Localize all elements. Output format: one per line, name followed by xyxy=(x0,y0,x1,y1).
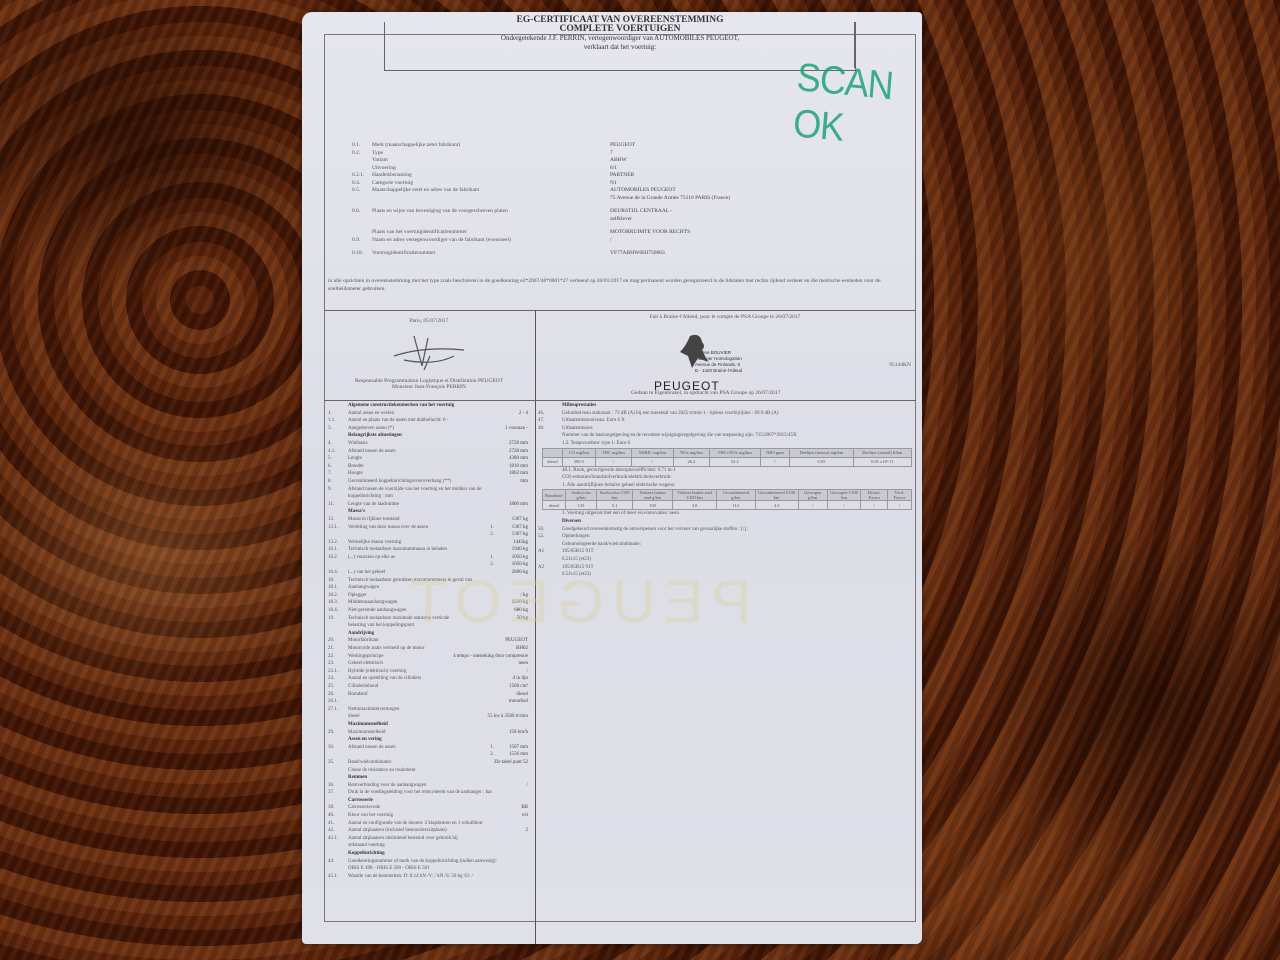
field-label: Milieuprestaties xyxy=(562,402,596,410)
field-label: Uitlaatemissies xyxy=(562,425,593,433)
technical-row: Remmen xyxy=(324,774,534,782)
field-label: Gehomologeerde band/wielcombinatie: xyxy=(562,541,641,549)
technical-row: 5.Lengte4380 mm xyxy=(324,455,534,463)
field-number: 20. xyxy=(328,637,334,645)
field-label: Plaats en wijze van bevestiging van de v… xyxy=(372,208,508,216)
field-label: Motorcode zoals vermeld op de motor xyxy=(348,645,425,653)
field-value: / xyxy=(527,782,528,790)
axle-index: 1. xyxy=(490,554,494,562)
table-cell: 380.5 xyxy=(563,457,596,466)
signature-icon xyxy=(384,326,474,376)
axle-index: 2. xyxy=(490,751,494,759)
field-number: 27.1. xyxy=(328,706,338,714)
field-label: Maximumsnelheid xyxy=(348,721,388,729)
peugeot-brand: PEUGEOT xyxy=(654,379,720,393)
field-label: Lengte xyxy=(348,455,362,463)
environment-row: Gehomologeerde band/wielcombinatie: xyxy=(538,541,916,549)
environment-row: 1. Alle aandrijflijnen behalve geheel el… xyxy=(538,482,916,490)
technical-row: 42.1.Aantal zitplaatsen uitsluitend best… xyxy=(324,835,534,843)
field-number: 50. xyxy=(538,526,544,534)
field-label: Voertuigidentificatienummer xyxy=(372,250,435,258)
field-value: DEURSTIJL CENTRAAL - xyxy=(610,208,672,216)
technical-row: stilstaand voertuig xyxy=(324,842,534,850)
field-value: 2 xyxy=(526,827,529,835)
field-number: 0.1. xyxy=(352,142,360,150)
technical-row: Classe de résistance au roulement xyxy=(324,767,534,775)
field-label: Afstand tussen de voorzijde van het voer… xyxy=(348,486,481,494)
field-label: Aangedreven assen (*) xyxy=(348,425,394,433)
field-label: Hoogte xyxy=(348,470,363,478)
field-number: 13. xyxy=(328,516,334,524)
field-label: Aandrijving xyxy=(348,630,374,638)
field-label: Technisch toelaatbare maximummassa in be… xyxy=(348,546,447,554)
field-label: Waarde van de kenmerken: D: 8.14 kN /V: … xyxy=(348,873,473,881)
field-label: Opmerkingen xyxy=(562,533,590,541)
certificate-title-box: EG-CERTIFICAAT VAN OVEREENSTEMMING COMPL… xyxy=(384,22,856,71)
field-label: Aanhangwagen xyxy=(348,584,379,592)
field-value: wit xyxy=(522,812,528,820)
field-label: Diversen xyxy=(562,518,581,526)
field-value: 4 temps - ontsteking door compressie xyxy=(453,653,528,661)
field-label: Verdeling van deze massa over de assen xyxy=(348,524,428,532)
field-number: 13.1. xyxy=(328,524,338,532)
field-number: 44. xyxy=(328,858,334,866)
identification-row: 75 Avenue de la Grande Armée 75116 PARIS… xyxy=(328,195,888,203)
field-value: 4 in lijn xyxy=(512,675,528,683)
field-number: 9. xyxy=(328,486,332,494)
technical-row: 40.Kleur van het voertuigwit xyxy=(324,812,534,820)
field-value: Zie tabel punt 52 xyxy=(494,759,528,767)
environment-row: A1195/65R15 91T xyxy=(538,548,916,556)
field-label: Massa's xyxy=(348,508,365,516)
technical-row: 8.Gecombineerd koppelinrichtingsvoorover… xyxy=(324,478,534,486)
table-cell: / xyxy=(595,457,631,466)
field-label: 48.1. Rook, gecorrigeerde absorptiecoëff… xyxy=(562,467,676,475)
table-cell: 0.01 x10^11 xyxy=(853,457,911,466)
table-header-cell: Stadcyclus g/km xyxy=(565,490,596,501)
technical-row: 13.Massa in rijklare toestand1367 kg xyxy=(324,516,534,524)
technical-row: Massa's xyxy=(324,508,534,516)
technical-row: 16.1.Technisch toelaatbare maximummassa … xyxy=(324,546,534,554)
identification-row: Plaats van het voertuigidentificatienumm… xyxy=(328,229,888,237)
table-cell: diesel xyxy=(543,501,566,510)
field-label: Belangrijkste afmetingen xyxy=(348,432,402,440)
signer-name: Monsieur Jean-François PERRIN xyxy=(324,384,534,390)
field-value: N1 xyxy=(610,180,617,188)
table-header-cell: Deviat. Factor xyxy=(861,490,888,501)
table-cell: diesel xyxy=(543,457,563,466)
field-label: Lengte van de laadruimte xyxy=(348,501,399,509)
environment-row: Nummer van de basisregelgeving en de rec… xyxy=(538,432,916,440)
field-value: 2 - 4 xyxy=(519,410,528,418)
field-value: 55 kw à 3500 tr/min xyxy=(487,713,528,721)
table-cell: 112 xyxy=(717,501,755,510)
field-label: Middenasaanhangwagen xyxy=(348,599,397,607)
field-label: 1.2. Testprocedure: type 1: Euro 6 xyxy=(562,440,630,448)
environment-row: 50.Goedgekeurd overeenkomstig de ontwerp… xyxy=(538,526,916,534)
field-value: 1556 mm xyxy=(509,751,528,759)
field-label: Naam en adres vertegenwoordiger van de f… xyxy=(372,237,511,245)
field-number: 3. xyxy=(328,425,332,433)
field-number: 16.4. xyxy=(328,569,338,577)
field-value: 1367 kg xyxy=(512,524,528,532)
field-value: BH02 xyxy=(516,645,528,653)
field-label: Goedgekeurd overeenkomstig de ontwerpeis… xyxy=(562,526,749,534)
field-number: 0.5. xyxy=(352,187,360,195)
signature-block-left: Paris, 05/07/2017 Responsable Programmat… xyxy=(324,312,534,400)
table-cell: 0.05 xyxy=(790,457,853,466)
environment-row: 1.2. Testprocedure: type 1: Euro 6 xyxy=(538,440,916,448)
field-label: Afstand tussen de assen xyxy=(348,744,396,752)
technical-row: Belangrijkste afmetingen xyxy=(324,432,534,440)
field-number: 21. xyxy=(328,645,334,653)
table-header-cell: NMHC mg/km xyxy=(631,448,673,457)
field-value: 1367 kg xyxy=(512,516,528,524)
table-header-cell: Deeltjes (aantal) #/km xyxy=(853,448,911,457)
field-number: 23.1. xyxy=(328,668,338,676)
identification-row: 0.6.Plaats en wijze van bevestiging van … xyxy=(328,208,888,216)
title-line-2: COMPLETE VOERTUIGEN xyxy=(385,25,855,34)
technical-row: 6.Breedte1810 mm xyxy=(324,463,534,471)
field-number: 45.1. xyxy=(328,873,338,881)
reference-number: 95144KN xyxy=(889,362,911,368)
field-number: 6. xyxy=(328,463,332,471)
field-number: 29. xyxy=(328,729,334,737)
field-value: / xyxy=(527,668,528,676)
identification-section: 0.1.Merk (maatschappelijke zetel fabrika… xyxy=(328,142,888,258)
environment-row: CO2-emissies/brandstofverbruik/elektrici… xyxy=(538,474,916,482)
identification-row: 0.5.Maatschappelijke zetel en adres van … xyxy=(328,187,888,195)
technical-row: 26.Brandstofdiesel xyxy=(324,691,534,699)
axle-index: 1. xyxy=(490,744,494,752)
field-value: 1367 kg xyxy=(512,531,528,539)
field-label: Brandstof xyxy=(348,691,368,699)
technical-row: 41.Aantal en configuratie van de deuren:… xyxy=(324,820,534,828)
field-label: koppelinrichting : mm xyxy=(348,493,393,501)
environment-row: 47.Uitlaatemissieniveau: Euro 6 X xyxy=(538,417,916,425)
technical-row: 13.2.Werkelijke massa voertuig1445kg xyxy=(324,539,534,547)
field-label: Aantal en configuratie van de deuren: 2 … xyxy=(348,820,483,828)
field-label: Koppelinrichting xyxy=(348,850,385,858)
field-number: 24. xyxy=(328,675,334,683)
coc-document: EG-CERTIFICAAT VAN OVEREENSTEMMING COMPL… xyxy=(302,12,922,944)
field-label: Nummer van de basisregelgeving en de rec… xyxy=(562,432,797,440)
table-cell: / xyxy=(631,457,673,466)
technical-row: 29.Maximumsnelheid158 km/h xyxy=(324,729,534,737)
environment-row: Milieuprestaties xyxy=(538,402,916,410)
field-label: Werkelijke massa voertuig xyxy=(348,539,401,547)
technical-row: 2.1367 kg xyxy=(324,531,534,539)
field-number: A1 xyxy=(538,548,544,556)
environment-row: 3. Voertuig uitgerust met een of meer ec… xyxy=(538,510,916,518)
field-number: 0.2.1. xyxy=(352,172,364,180)
technical-row: Maximumsnelheid xyxy=(324,721,534,729)
field-value: 1862 mm xyxy=(509,470,528,478)
field-label: Massa in rijklare toestand xyxy=(348,516,400,524)
technical-row: 37.Druk in de voedingsleiding voor het r… xyxy=(324,789,534,797)
field-number: 42. xyxy=(328,827,334,835)
place-date: Paris, 05/07/2017 xyxy=(324,318,534,324)
field-value: ABHW xyxy=(610,157,627,165)
field-value: 1800 mm xyxy=(509,501,528,509)
field-number: 11. xyxy=(328,501,334,509)
field-label: Aantal zitplaatsen (inclusief bestuurder… xyxy=(348,827,447,835)
field-value: PARTNER xyxy=(610,172,634,180)
field-number: 46. xyxy=(538,410,544,418)
field-number: 36. xyxy=(328,782,334,790)
technical-row: OBIS E 498 - OBIS E 500 - OBIS E 501 xyxy=(324,865,534,873)
field-label: Merk (maatschappelijke zetel fabrikant) xyxy=(372,142,460,150)
environmental-data: Milieuprestaties46.Geluidsniveau station… xyxy=(538,402,916,579)
field-number: 26. xyxy=(328,691,334,699)
field-label: Plaats van het voertuigidentificatienumm… xyxy=(372,229,467,237)
peugeot-watermark: PEUGEOT xyxy=(402,567,751,636)
field-value: 1560 cm³ xyxy=(509,683,528,691)
field-label: Handelsbenaming xyxy=(372,172,412,180)
technical-row: 22.Werkingsprincipe4 temps - ontsteking … xyxy=(324,653,534,661)
field-number: 40. xyxy=(328,812,334,820)
field-label: Aantal assen en wielen xyxy=(348,410,394,418)
technical-row: diesel55 kw à 3500 tr/min xyxy=(324,713,534,721)
field-number: 37. xyxy=(328,789,334,797)
field-number: 1. xyxy=(328,410,332,418)
field-label: Uitvoering xyxy=(372,165,396,173)
field-number: 30. xyxy=(328,744,334,752)
table-cell: / xyxy=(887,501,911,510)
identification-row: 0.1.Merk (maatschappelijke zetel fabrika… xyxy=(328,142,888,150)
field-label: Wielbasis xyxy=(348,440,368,448)
co2-consumption-table: BrandstofStadcyclus g/kmStadcyclus l/100… xyxy=(542,489,912,510)
field-label: Druk in de voedingsleiding voor het rems… xyxy=(348,789,492,797)
field-number: 5. xyxy=(328,455,332,463)
identification-row: 0.2.1.HandelsbenamingPARTNER xyxy=(328,172,888,180)
field-label: Gecombineerd koppelinrichtingsvooroverha… xyxy=(348,478,451,486)
field-label: OBIS E 498 - OBIS E 500 - OBIS E 501 xyxy=(348,865,430,873)
title-line-3: Ondergetekende J.F. PERRIN, vertegenwoor… xyxy=(385,34,855,43)
field-value: 1940 kg xyxy=(512,546,528,554)
field-number: 0.6. xyxy=(352,208,360,216)
identification-row: Uitvoering6/1 xyxy=(328,165,888,173)
field-label: Type xyxy=(372,150,383,158)
table-cell: / xyxy=(798,501,827,510)
field-label: Maximumsnelheid xyxy=(348,729,386,737)
field-value: PEUGEOT xyxy=(505,637,528,645)
field-value: zelfklever xyxy=(610,216,632,224)
field-label: Categorie voertuig xyxy=(372,180,413,188)
field-value: 1 vooraan - xyxy=(505,425,528,433)
field-label: Carrosserie xyxy=(348,797,373,805)
table-header-cell: Stadcyclus l/100 km xyxy=(597,490,633,501)
field-number: 18.3. xyxy=(328,599,338,607)
field-label: Variant xyxy=(372,157,388,165)
technical-row: 20.MotorfabrikantPEUGEOT xyxy=(324,637,534,645)
technical-row: 13.1.Verdeling van deze massa over de as… xyxy=(324,524,534,532)
table-header-cell: NH3 ppm xyxy=(760,448,790,457)
environment-row: 6.5Jx15 (et23) xyxy=(538,556,916,564)
field-value: 1507 mm xyxy=(509,744,528,752)
table-cell: 100 xyxy=(633,501,673,510)
field-number: 0.2. xyxy=(352,150,360,158)
conformity-statement: in alle opzichten in overeenstemming met… xyxy=(328,277,888,293)
field-label: Carrosseriecode xyxy=(348,804,380,812)
technical-row: 42.Aantal zitplaatsen (inclusief bestuur… xyxy=(324,827,534,835)
field-value: BB xyxy=(521,804,528,812)
field-number: 16.2. xyxy=(328,554,338,562)
technical-row: Algemene constructiekenmerken van het vo… xyxy=(324,402,534,410)
divider xyxy=(324,310,916,311)
technical-row: 16.2.(...) voorzien op elke as1.1050 kg xyxy=(324,554,534,562)
field-label: Motorfabrikant xyxy=(348,637,379,645)
field-number: 18.1. xyxy=(328,584,338,592)
field-label: CO2-emissies/brandstofverbruik/elektrici… xyxy=(562,474,672,482)
field-label: Aantal en opstelling van de cilinders xyxy=(348,675,421,683)
field-label: Werkingsprincipe xyxy=(348,653,383,661)
technical-row: Assen en vering xyxy=(324,736,534,744)
field-value: MOTORRUIMTE VOOR RECHTS xyxy=(610,229,690,237)
field-label: Remmen xyxy=(348,774,367,782)
field-label: Assen en vering xyxy=(348,736,382,744)
field-label: Afstand tussen de assen xyxy=(348,448,396,456)
table-cell: 53.2 xyxy=(709,457,760,466)
field-value: 2728 mm xyxy=(509,440,528,448)
field-number: 25. xyxy=(328,683,334,691)
emissions-table: CO mg/kmTHC mg/kmNMHC mg/kmNOx mg/kmTHC+… xyxy=(542,448,912,467)
technical-row: koppelinrichting : mm xyxy=(324,493,534,501)
table-cell: 3.8 xyxy=(672,501,716,510)
field-label: 3. Voertuig uitgerust met een of meer ec… xyxy=(562,510,679,518)
technical-row: 2.1556 mm xyxy=(324,751,534,759)
technical-row: 45.1.Waarde van de kenmerken: D: 8.14 kN… xyxy=(324,873,534,881)
field-label: Cilinderinhoud xyxy=(348,683,378,691)
technical-row: 30.Afstand tussen de assen1.1507 mm xyxy=(324,744,534,752)
field-value: 1445kg xyxy=(513,539,528,547)
technical-data-left: Algemene constructiekenmerken van het vo… xyxy=(324,402,534,880)
field-label: Goedkeuringsnummer of merk van de koppel… xyxy=(348,858,497,866)
field-label: Geluidsniveau stationair : 73 dB (A) bij… xyxy=(562,410,778,418)
technical-row: 36.Remverbinding voor de aanhangwagen/ xyxy=(324,782,534,790)
made-at: Fait à Braine-l'Alleud, pour le compte d… xyxy=(535,314,915,320)
field-label: Algemene constructiekenmerken van het vo… xyxy=(348,402,454,410)
field-number: 48. xyxy=(538,425,544,433)
field-number: 0.4. xyxy=(352,180,360,188)
table-cell: / xyxy=(760,457,790,466)
field-value: 4380 mm xyxy=(509,455,528,463)
field-number: 0.9. xyxy=(352,237,360,245)
table-cell: / xyxy=(827,501,861,510)
field-label: Nettomaximumvermogen xyxy=(348,706,399,714)
field-number: 0.10. xyxy=(352,250,363,258)
table-header-cell: Gewogen g/km xyxy=(798,490,827,501)
table-cell: 4.3 xyxy=(755,501,798,510)
field-label: Band/wielcombinatie: xyxy=(348,759,392,767)
table-header-cell: Gecombineerd g/km xyxy=(717,490,755,501)
technical-row: 4.Wielbasis2728 mm xyxy=(324,440,534,448)
table-header-cell: NOx mg/km xyxy=(673,448,709,457)
table-header-cell: THC+NOx mg/km xyxy=(709,448,760,457)
field-number: 1.1. xyxy=(328,417,336,425)
field-label: 1. Alle aandrijflijnen behalve geheel el… xyxy=(562,482,675,490)
field-label: Aantal en plaats van de assen met dubbel… xyxy=(348,417,448,425)
identification-row: 0.9.Naam en adres vertegenwoordiger van … xyxy=(328,237,888,245)
environment-row: 48.Uitlaatemissies xyxy=(538,425,916,433)
environment-row: 46.Geluidsniveau stationair : 73 dB (A) … xyxy=(538,410,916,418)
table-cell: 5.1 xyxy=(597,501,633,510)
title-line-4: verklaart dat het voertuig: xyxy=(385,43,855,52)
technical-row: 7.Hoogte1862 mm xyxy=(324,470,534,478)
technical-row: 38.CarrosseriecodeBB xyxy=(324,804,534,812)
field-value: PEUGEOT xyxy=(610,142,635,150)
field-value: 7 xyxy=(610,150,613,158)
technical-row: 3.Aangedreven assen (*)1 vooraan - xyxy=(324,425,534,433)
field-number: 4.1. xyxy=(328,448,336,456)
field-label: diesel xyxy=(348,713,360,721)
field-label: Geheel elektrisch xyxy=(348,660,383,668)
field-value: 158 km/h xyxy=(509,729,528,737)
table-header-cell xyxy=(543,448,563,457)
environment-row: 52.Opmerkingen xyxy=(538,533,916,541)
technical-row: 24.Aantal en opstelling van de cilinders… xyxy=(324,675,534,683)
technical-row: Koppelinrichting xyxy=(324,850,534,858)
technical-row: 44.Goedkeuringsnummer of merk van de kop… xyxy=(324,858,534,866)
field-number: 35. xyxy=(328,759,334,767)
field-number: 41. xyxy=(328,820,334,828)
table-header-cell: Verkeer buiten stad l/100 km xyxy=(672,490,716,501)
field-label: Kleur van het voertuig xyxy=(348,812,393,820)
technical-row: 9.Afstand tussen de voorzijde van het vo… xyxy=(324,486,534,494)
technical-row: 11.Lengte van de laadruimte1800 mm xyxy=(324,501,534,509)
table-header-cell: Brandstof xyxy=(543,490,566,501)
field-label: Remverbinding voor de aanhangwagen xyxy=(348,782,426,790)
field-label: 6.5Jx15 (et23) xyxy=(562,556,591,564)
technical-row: 25.Cilinderinhoud1560 cm³ xyxy=(324,683,534,691)
field-number: 19. xyxy=(328,615,334,623)
technical-row: 26.1.monofuel xyxy=(324,698,534,706)
field-value: 2728 mm xyxy=(509,448,528,456)
technical-row: 1.1.Aantal en plaats van de assen met du… xyxy=(324,417,534,425)
identification-row: 0.10.VoertuigidentificatienummerVF77ABHW… xyxy=(328,250,888,258)
field-number: 22. xyxy=(328,653,334,661)
field-value: 75 Avenue de la Grande Armée 75116 PARIS… xyxy=(610,195,730,203)
table-cell: 26.2 xyxy=(673,457,709,466)
identification-row: zelfklever xyxy=(328,216,888,224)
table-header-cell: Deeltjes (massa) mg/km xyxy=(790,448,853,457)
field-value: neen xyxy=(519,660,528,668)
table-header-cell: THC mg/km xyxy=(595,448,631,457)
table-cell: / xyxy=(861,501,888,510)
field-number: 47. xyxy=(538,417,544,425)
field-value: 6/1 xyxy=(610,165,617,173)
field-number: 23. xyxy=(328,660,334,668)
identification-row: 0.2.Type7 xyxy=(328,150,888,158)
field-value: diesel xyxy=(516,691,528,699)
technical-row: 35.Band/wielcombinatie:Zie tabel punt 52 xyxy=(324,759,534,767)
field-number: 42.1. xyxy=(328,835,338,843)
field-label: Niet-geremde aanhangwagen xyxy=(348,607,406,615)
environment-row: Diversen xyxy=(538,518,916,526)
identification-row: 0.4.Categorie voertuigN1 xyxy=(328,180,888,188)
field-label: Breedte xyxy=(348,463,364,471)
field-label: Oplegger xyxy=(348,592,367,600)
technical-row: 21.Motorcode zoals vermeld op de motorBH… xyxy=(324,645,534,653)
technical-row: 23.Geheel elektrischneen xyxy=(324,660,534,668)
field-number: 18.4. xyxy=(328,607,338,615)
field-value: monofuel xyxy=(509,698,528,706)
table-header-cell: Gewogen l/100 km xyxy=(827,490,861,501)
technical-row: 1.Aantal assen en wielen2 - 4 xyxy=(324,410,534,418)
technical-row: 4.1.Afstand tussen de assen2728 mm xyxy=(324,448,534,456)
field-label: (...) van het geheel xyxy=(348,569,385,577)
identification-row: VariantABHW xyxy=(328,157,888,165)
